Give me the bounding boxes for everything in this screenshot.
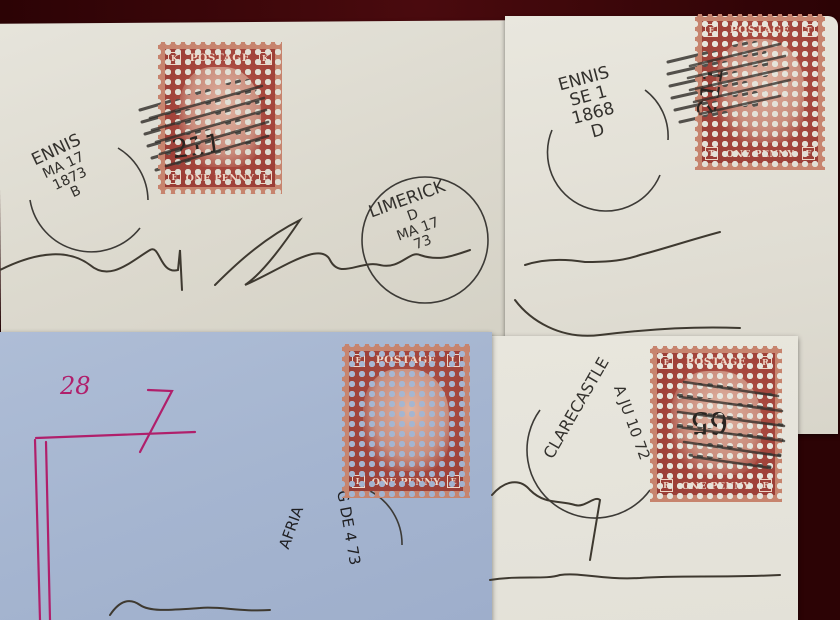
cancel-bars-layer [0, 0, 840, 620]
photo-scene: ENNIS MA 17 1873 B LIMERICK D MA 17 73 E… [0, 0, 840, 620]
